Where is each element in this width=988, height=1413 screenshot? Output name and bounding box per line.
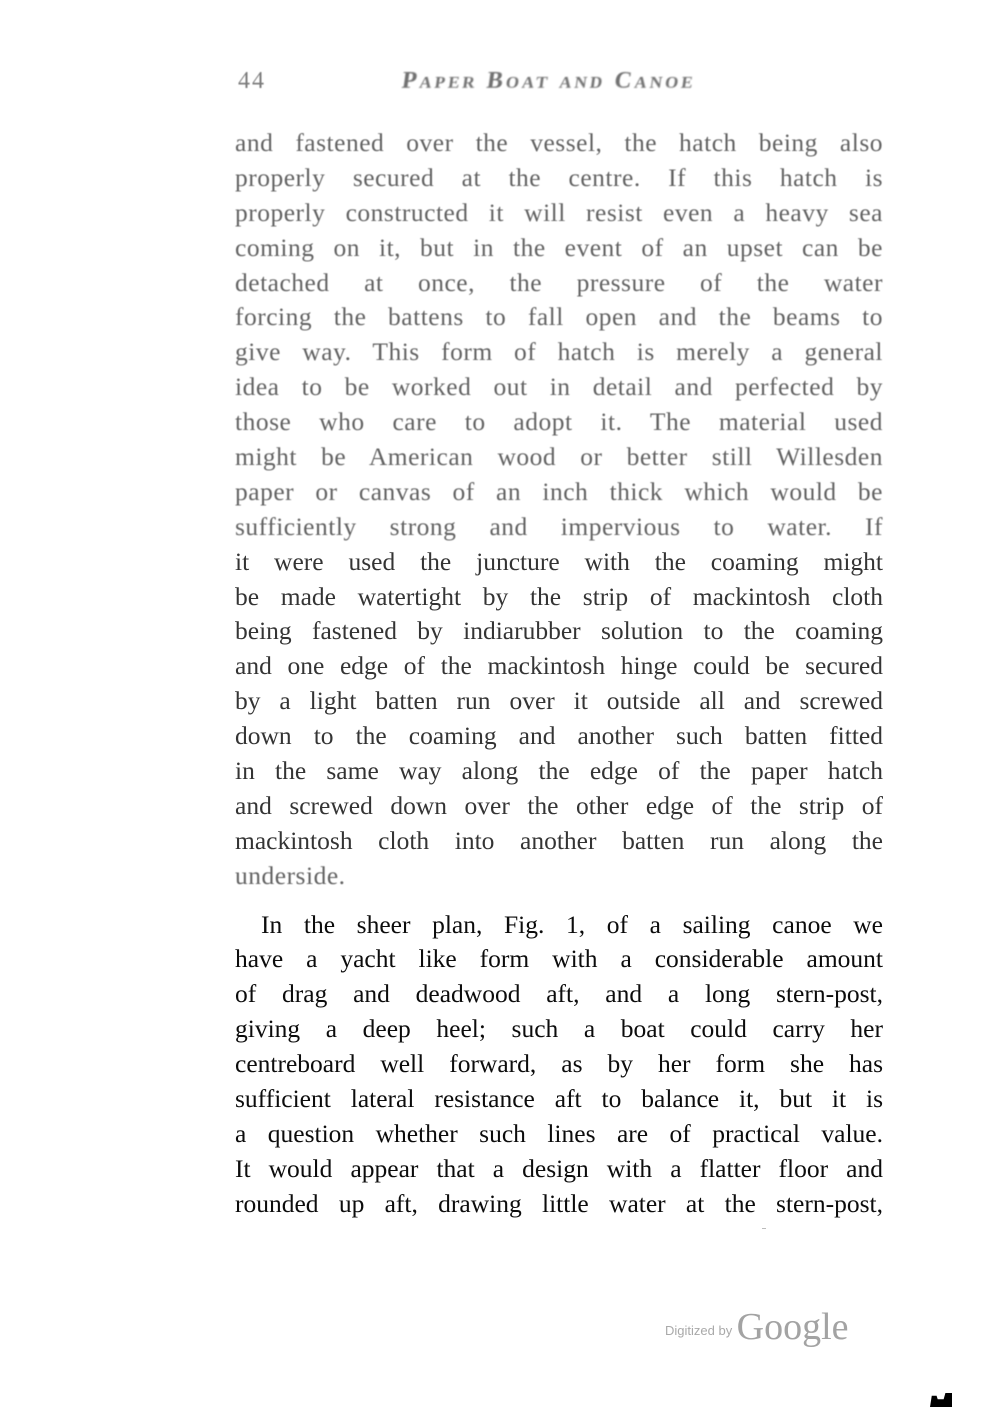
paragraph-gap <box>235 894 883 908</box>
text-line: down to the coaming and another such bat… <box>235 719 883 754</box>
text-line: In the sheer plan, Fig. 1, of a sailing … <box>235 908 883 943</box>
text-line: properly constructed it will resist even… <box>235 196 883 231</box>
text-line: give way. This form of hatch is merely a… <box>235 335 883 370</box>
text-line: it were used the juncture with the coami… <box>235 545 883 580</box>
running-title: Paper Boat and Canoe <box>400 68 698 95</box>
text-line: forcing the battens to fall open and the… <box>235 300 883 335</box>
text-line: sufficiently strong and impervious to wa… <box>235 510 883 545</box>
page-number: 44 <box>238 68 266 95</box>
text-line: rounded up aft, drawing little water at … <box>235 1187 883 1222</box>
text-line: have a yacht like form with a considerab… <box>235 942 883 977</box>
book-page: 44 Paper Boat and Canoe and fastened ove… <box>0 0 988 1413</box>
watermark-prefix: Digitized by <box>665 1323 732 1338</box>
text-line: centreboard well forward, as by her form… <box>235 1047 883 1082</box>
text-line: paper or canvas of an inch thick which w… <box>235 475 883 510</box>
text-line: and screwed down over the other edge of … <box>235 789 883 824</box>
text-line: properly secured at the centre. If this … <box>235 161 883 196</box>
text-line: sufficient lateral resistance aft to bal… <box>235 1082 883 1117</box>
text-line: by a light batten run over it outside al… <box>235 684 883 719</box>
text-line: detached at once, the pressure of the wa… <box>235 266 883 301</box>
text-line: It would appear that a design with a fla… <box>235 1152 883 1187</box>
text-line: giving a deep heel; such a boat could ca… <box>235 1012 883 1047</box>
scan-corner-mark <box>930 1393 952 1407</box>
text-line: of drag and deadwood aft, and a long ste… <box>235 977 883 1012</box>
text-line: a question whether such lines are of pra… <box>235 1117 883 1152</box>
google-logo: Google <box>737 1306 849 1348</box>
scan-artifact <box>762 1228 766 1229</box>
digitized-by-google-watermark: Digitized by Google <box>665 1305 849 1349</box>
text-line: and one edge of the mackintosh hinge cou… <box>235 649 883 684</box>
text-line: mackintosh cloth into another batten run… <box>235 824 883 859</box>
body-text: and fastened over the vessel, the hatch … <box>235 126 883 1222</box>
paragraph-1: and fastened over the vessel, the hatch … <box>235 126 883 894</box>
text-line: might be American wood or better still W… <box>235 440 883 475</box>
text-line: be made watertight by the strip of macki… <box>235 580 883 615</box>
paragraph-2: In the sheer plan, Fig. 1, of a sailing … <box>235 908 883 1222</box>
text-line: in the same way along the edge of the pa… <box>235 754 883 789</box>
text-line: being fastened by indiarubber solution t… <box>235 614 883 649</box>
text-line: those who care to adopt it. The material… <box>235 405 883 440</box>
text-line: idea to be worked out in detail and perf… <box>235 370 883 405</box>
running-header: 44 Paper Boat and Canoe <box>238 68 898 98</box>
text-line: underside. <box>235 859 883 894</box>
text-line: coming on it, but in the event of an ups… <box>235 231 883 266</box>
text-line: and fastened over the vessel, the hatch … <box>235 126 883 161</box>
